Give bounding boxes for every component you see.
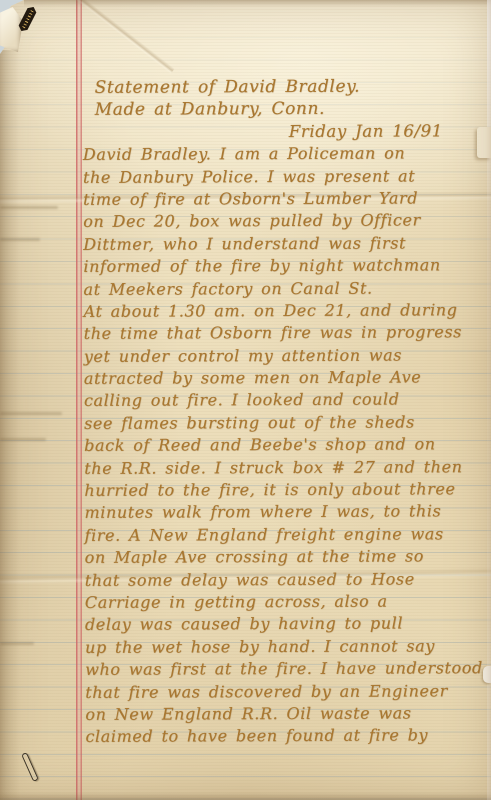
handwriting-line: At about 1.30 am. on Dec 21, and during	[84, 299, 477, 323]
handwriting-line: calling out fire. I looked and could	[84, 389, 477, 413]
crease-streak	[0, 412, 62, 415]
handwriting-line: the R.R. side. I struck box # 27 and the…	[84, 456, 477, 480]
handwriting-line: the time that Osborn fire was in progres…	[84, 321, 477, 345]
handwriting-line: attracted by some men on Maple Ave	[84, 366, 477, 390]
body-lines: David Bradley. I am a Policeman onthe Da…	[83, 142, 479, 748]
crease-streak	[0, 438, 46, 441]
crease-streak	[0, 642, 34, 645]
handwriting-line: Dittmer, who I understand was first	[83, 232, 476, 256]
handwriting: Statement of David Bradley. Made at Danb…	[83, 75, 479, 748]
heading-line: Made at Danbury, Conn.	[83, 98, 476, 122]
handwriting-line: time of fire at Osborn's Lumber Yard	[83, 187, 476, 211]
handwriting-line: back of Reed and Beebe's shop and on	[84, 433, 477, 457]
edge-notch	[483, 666, 491, 683]
handwriting-line: the Danbury Police. I was present at	[83, 165, 476, 189]
handwriting-line: that some delay was caused to Hose	[85, 568, 478, 592]
edge-shadow	[24, 0, 491, 7]
handwriting-line: Carriage in getting across, also a	[85, 590, 478, 614]
handwriting-line: claimed to have been found at fire by	[85, 724, 478, 748]
heading-line: Statement of David Bradley.	[83, 75, 476, 99]
handwriting-line: at Meekers factory on Canal St.	[83, 277, 476, 301]
handwriting-line: yet under control my attention was	[84, 344, 477, 368]
handwriting-line: up the wet hose by hand. I cannot say	[85, 635, 478, 659]
handwriting-line: minutes walk from where I was, to this	[84, 501, 477, 525]
handwriting-line: who was first at the fire. I have unders…	[85, 657, 478, 681]
handwriting-line: on Dec 20, box was pulled by Officer	[83, 209, 476, 233]
crease-streak	[0, 206, 58, 209]
handwriting-line: David Bradley. I am a Policeman on	[83, 142, 476, 166]
handwriting-line: fire. A New England freight engine was	[84, 523, 477, 547]
handwriting-line: hurried to the fire, it is only about th…	[84, 478, 477, 502]
handwriting-line: informed of the fire by night watchman	[83, 254, 476, 278]
paper-sheet: Statement of David Bradley. Made at Danb…	[0, 0, 491, 800]
edge-tab	[477, 127, 491, 158]
edge-shadow	[0, 792, 491, 800]
crease-streak	[0, 238, 40, 241]
handwriting-line: see flames bursting out of the sheds	[84, 411, 477, 435]
handwriting-line: that fire was discovered by an Engineer	[85, 680, 478, 704]
edge-shadow	[0, 50, 20, 800]
handwriting-line: delay was caused by having to pull	[85, 613, 478, 637]
date-line: Friday Jan 16/91	[83, 120, 476, 144]
handwriting-line: on New England R.R. Oil waste was	[85, 702, 478, 726]
scanned-document: Statement of David Bradley. Made at Danb…	[0, 0, 491, 800]
handwriting-line: on Maple Ave crossing at the time so	[85, 545, 478, 569]
